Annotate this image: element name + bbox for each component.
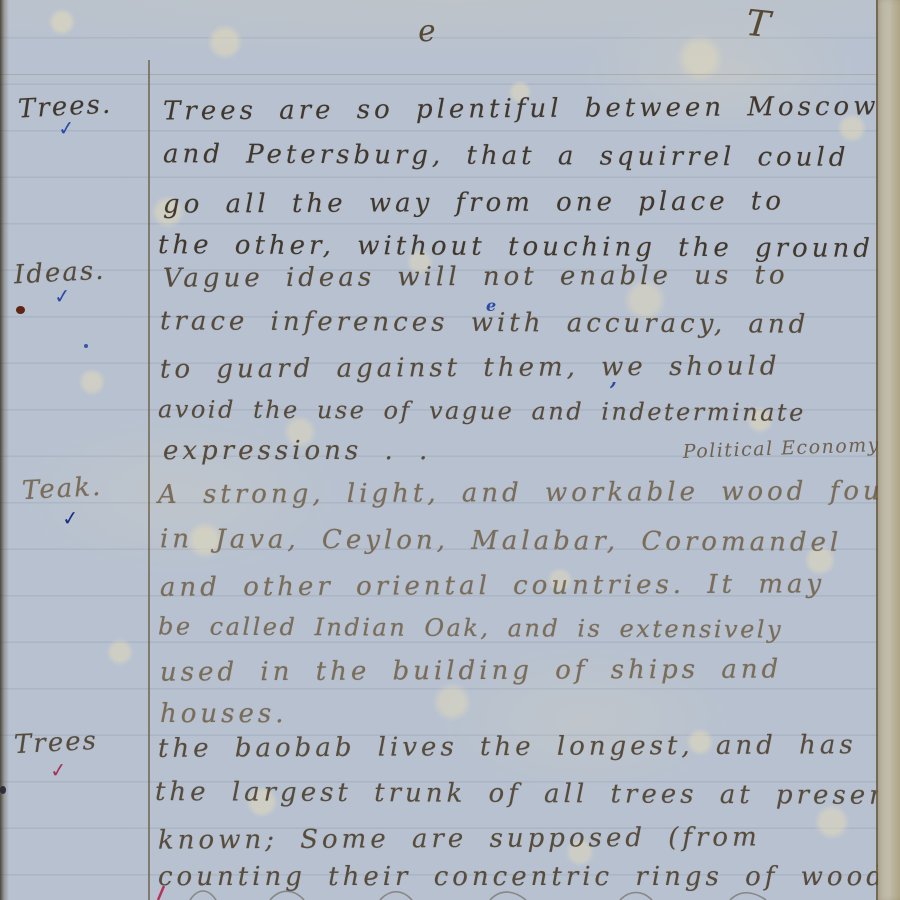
- manuscript-line: and other oriental countries. It may: [160, 569, 825, 602]
- attribution-political-economy: Political Economy: [655, 434, 881, 464]
- manuscript-line: in Java, Ceylon, Malabar, Coromandel: [160, 524, 842, 558]
- manuscript-line: A strong, light, and workable wood found: [158, 476, 900, 510]
- manuscript-line: counting their concentric rings of wood): [158, 862, 900, 892]
- checkmark-ideas: ✓: [53, 283, 72, 309]
- edge-speck-blue: [0, 786, 6, 794]
- checkmark-teak: ✓: [61, 505, 80, 531]
- ink-speck-blue: [84, 344, 88, 348]
- ink-correction-letter: e: [486, 296, 496, 315]
- ink-correction-comma: ,: [610, 366, 617, 390]
- manuscript-line: and Petersburg, that a squirrel could: [163, 139, 850, 173]
- manuscript-line: Trees are so plentiful between Moscow: [163, 91, 880, 126]
- checkmark-trees: ✓: [57, 115, 76, 141]
- margin-heading-trees-2: Trees: [13, 726, 98, 760]
- manuscript-line: Vague ideas will not enable us to: [163, 260, 789, 293]
- manuscript-line: to guard against them, we should: [160, 351, 781, 384]
- manuscript-line: go all the way from one place to: [163, 186, 785, 219]
- manuscript-line: the baobab lives the longest, and has: [158, 730, 857, 764]
- ink-speck-brown: [16, 306, 25, 314]
- top-rule-line: [0, 74, 900, 75]
- checkmark-trees-2: ✓: [49, 757, 68, 783]
- margin-heading-teak: Teak.: [21, 472, 103, 506]
- manuscript-line: known; Some are supposed (from: [158, 822, 761, 855]
- manuscript-line: used in the building of ships and: [160, 654, 782, 687]
- page-header-right-mark: T: [744, 3, 772, 46]
- manuscript-line: houses.: [160, 699, 287, 729]
- manuscript-line: be called Indian Oak, and is extensively: [158, 612, 783, 643]
- manuscript-line: avoid the use of vague and indeterminate: [158, 395, 806, 426]
- manuscript-line: the other, without touching the ground: [158, 230, 874, 264]
- manuscript-line: trace inferences with accuracy, and: [160, 306, 809, 339]
- manuscript-line: expressions . .: [163, 436, 431, 466]
- binding-edge: [0, 0, 9, 900]
- manuscript-page: e T Trees. ✓ Trees are so plentiful betw…: [0, 0, 900, 900]
- margin-rule-line: [148, 60, 150, 900]
- page-header-center-mark: e: [417, 13, 437, 49]
- manuscript-line: the largest trunk of all trees at presen…: [155, 777, 900, 811]
